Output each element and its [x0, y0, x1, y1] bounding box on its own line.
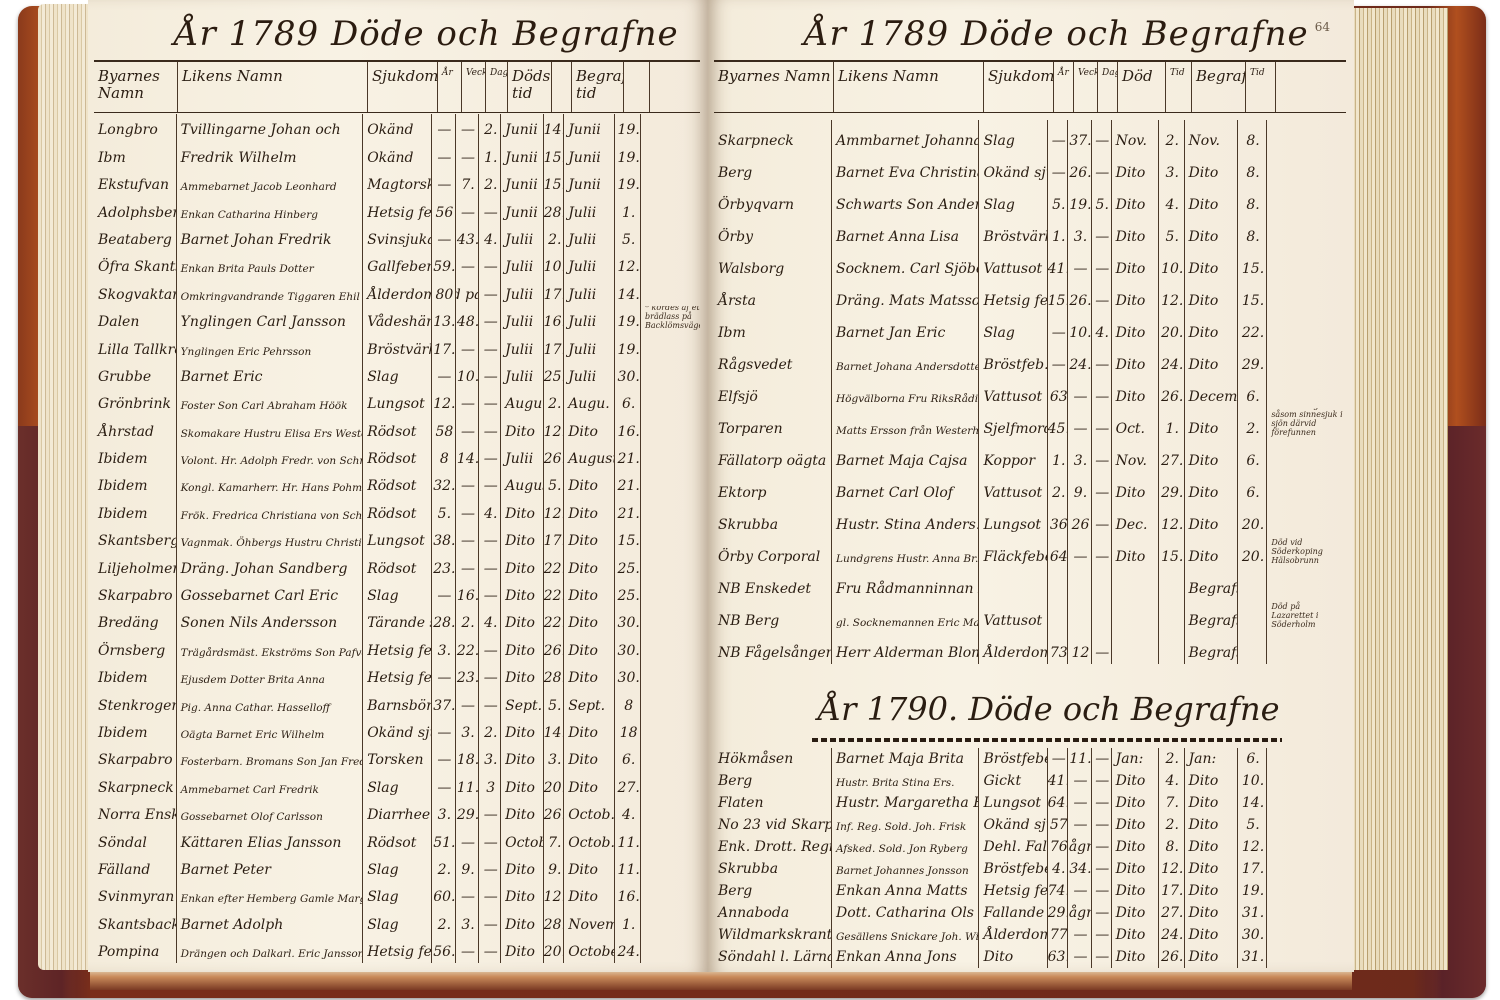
weeks-cell: — [456, 525, 480, 552]
register-row: SkarpabroFosterbarn. Bromans Son Jan Fre… [94, 744, 700, 771]
days-cell: — [479, 333, 501, 360]
days-cell: — [1092, 216, 1112, 248]
death-day-cell: 20. [544, 771, 564, 798]
weeks-cell: — [456, 470, 480, 497]
death-day-cell: 12. [544, 881, 564, 908]
weeks-cell: 2. [456, 607, 480, 634]
register-row: SvinmyranEnkan efter Hemberg Gamle Marga… [94, 881, 700, 908]
name-cell: Drängen och Dalkarl. Eric Jansson [177, 936, 364, 963]
note-cell [1267, 120, 1346, 152]
illness-cell: Rödsot [363, 497, 432, 524]
village-cell: Pompina [94, 936, 177, 963]
burial-day-cell: 2. [1238, 408, 1268, 440]
illness-cell: Rödsot [363, 552, 432, 579]
death-day-cell: 2. [1159, 120, 1185, 152]
column-header: Byarnes Namn [94, 62, 178, 112]
death-month-cell: Dito [501, 580, 544, 607]
death-day-cell: 28. [544, 196, 564, 223]
age-cell: 80 [432, 278, 456, 305]
weeks-cell: 18. [456, 744, 480, 771]
name-cell: Barnet Johannes Jonsson [832, 858, 979, 880]
death-day-cell: 26. [544, 799, 564, 826]
section-1790-rows: HökmåsenBarnet Maja BritaBröstfeber—11.—… [714, 748, 1346, 968]
register-row: NB EnskedetFru Rådmanninnan DalinBegrafs… [714, 568, 1346, 600]
illness-cell: Bröstfeber [979, 858, 1048, 880]
days-cell: — [1092, 880, 1112, 902]
death-month-cell: Dito [501, 744, 544, 771]
weeks-cell: 26. [1068, 152, 1092, 184]
days-cell: — [479, 361, 501, 388]
death-month-cell: Junii [501, 114, 544, 141]
note-cell [1267, 184, 1346, 216]
village-cell: Ibidem [94, 662, 177, 689]
death-month-cell: Dito [501, 908, 544, 935]
name-cell: Fosterbarn. Bromans Son Jan Fredrik [177, 744, 364, 771]
note-cell [1267, 836, 1346, 858]
illness-cell: Okänd sjuka [979, 814, 1048, 836]
days-cell: — [479, 470, 501, 497]
note-cell [641, 854, 700, 881]
days-cell: — [479, 908, 501, 935]
burial-day-cell: 12. [615, 251, 641, 278]
weeks-cell: — [456, 689, 480, 716]
burial-day-cell: 1. [615, 196, 641, 223]
village-cell: Torparen [714, 408, 832, 440]
days-cell: — [479, 580, 501, 607]
death-month-cell: Jan: [1112, 748, 1159, 770]
burial-month-cell: Dito [1185, 472, 1238, 504]
weeks-cell: 11. [456, 771, 480, 798]
register-row: IbidemEjusdem Dotter Brita AnnaHetsig fe… [94, 662, 700, 689]
burial-day-cell: 24. [615, 936, 641, 963]
register-row: IbmFredrik WilhelmOkänd——1.Junii15.Junii… [94, 141, 700, 168]
days-cell: — [1092, 120, 1112, 152]
burial-month-cell: Julii [564, 224, 615, 251]
days-cell: — [1092, 836, 1112, 858]
name-cell: Matts Ersson från Westerhaninge [832, 408, 979, 440]
name-cell: Barnet Adolph [177, 908, 364, 935]
note-cell [1267, 568, 1346, 600]
note-cell [1267, 946, 1346, 968]
burial-day-cell: 20. [1238, 504, 1268, 536]
days-cell: 1. [479, 141, 501, 168]
burial-month-cell: Dito [1185, 836, 1238, 858]
days-cell: — [1092, 536, 1112, 568]
name-cell: Enkan Anna Matts [832, 880, 979, 902]
illness-cell: Fläckfeber [979, 536, 1048, 568]
burial-day-cell: 11. [615, 854, 641, 881]
days-cell: 5. [1092, 184, 1112, 216]
name-cell: Dott. Catharina Ols [832, 902, 979, 924]
illness-cell: Magtorsk [363, 169, 432, 196]
age-cell: 74. [1048, 880, 1068, 902]
burial-day-cell: 8. [1238, 152, 1268, 184]
burial-month-cell: Dito [1185, 924, 1238, 946]
page-number: 64 [1315, 20, 1330, 34]
name-cell: Sonen Nils Andersson [177, 607, 364, 634]
register-row: EkstufvanAmmebarnet Jacob LeonhardMagtor… [94, 169, 700, 196]
burial-day-cell: 19. [615, 169, 641, 196]
age-cell: — [432, 580, 456, 607]
weeks-cell: — [1068, 376, 1092, 408]
death-day-cell: 15. [544, 169, 564, 196]
age-cell: 8 [432, 443, 456, 470]
death-month-cell: Dito [1112, 216, 1159, 248]
death-month-cell: Nov. [1112, 440, 1159, 472]
burial-month-cell: Dito [564, 497, 615, 524]
column-header [624, 62, 650, 112]
register-row: NB FågelsångenHerr Alderman BlomÅlderdom… [714, 632, 1346, 664]
death-day-cell: 5. [1159, 216, 1185, 248]
death-day-cell [1159, 632, 1185, 664]
illness-cell: Ålderdom [979, 632, 1048, 664]
burial-month-cell: Junii [564, 169, 615, 196]
days-cell: — [1092, 280, 1112, 312]
name-cell: Ammebarnet Carl Fredrik [177, 771, 364, 798]
burial-month-cell: Dito [1185, 440, 1238, 472]
burial-day-cell: 20. [1238, 536, 1268, 568]
illness-cell: Okänd sjukdom [363, 717, 432, 744]
age-cell: — [1048, 312, 1068, 344]
age-cell: 29. [1048, 902, 1068, 924]
age-cell: 37. [432, 689, 456, 716]
register-row: SkantsbergVagnmak. Öhbergs Hustru Christ… [94, 525, 700, 552]
death-day-cell: 22. [544, 580, 564, 607]
burial-day-cell: 17. [1238, 858, 1268, 880]
age-cell: 28. [432, 607, 456, 634]
note-cell [1267, 858, 1346, 880]
illness-cell: Gallfeber [363, 251, 432, 278]
death-day-cell: 26. [544, 443, 564, 470]
death-day-cell: 29. [1159, 472, 1185, 504]
burial-day-cell: 15. [615, 525, 641, 552]
death-day-cell: 3. [544, 744, 564, 771]
death-month-cell: Dito [1112, 814, 1159, 836]
note-cell [1267, 814, 1346, 836]
name-cell: Barnet Jan Eric [832, 312, 979, 344]
village-cell: Ibm [94, 141, 177, 168]
name-cell: Gossebarnet Olof Carlsson [177, 799, 364, 826]
illness-cell: Svinsjuka [363, 224, 432, 251]
burial-day-cell: 31. [1238, 902, 1268, 924]
illness-cell: Rödsot [363, 443, 432, 470]
death-month-cell: Dito [1112, 248, 1159, 280]
burial-day-cell: 29. [1238, 344, 1268, 376]
weeks-cell: 10. [1068, 312, 1092, 344]
note-cell [641, 689, 700, 716]
age-cell: 13. [432, 306, 456, 333]
village-cell: Adolphsberg [94, 196, 177, 223]
days-cell: — [1092, 632, 1112, 664]
death-month-cell: Nov. [1112, 120, 1159, 152]
village-cell: Berg [714, 880, 832, 902]
name-cell: Pig. Anna Cathar. Hasselloff [177, 689, 364, 716]
age-cell: 5. [1048, 184, 1068, 216]
name-cell: Ammebarnet Jacob Leonhard [177, 169, 364, 196]
burial-month-cell: Begrafs i Söderköping [1185, 568, 1238, 600]
register-row: IbidemOägta Barnet Eric WilhelmOkänd sju… [94, 717, 700, 744]
death-month-cell: Dito [1112, 344, 1159, 376]
illness-cell: Slag [363, 361, 432, 388]
village-cell: Ibidem [94, 470, 177, 497]
name-cell: Skomakare Hustru Elisa Ers Westerman frå… [177, 415, 364, 442]
days-cell: — [479, 854, 501, 881]
burial-day-cell: 5. [615, 224, 641, 251]
age-cell: — [432, 141, 456, 168]
days-cell: — [1092, 504, 1112, 536]
register-row: BergBarnet Eva ChristinaOkänd sjuka—26.—… [714, 152, 1346, 184]
note-cell [1267, 376, 1346, 408]
age-cell: — [432, 744, 456, 771]
burial-month-cell: Dito [564, 771, 615, 798]
illness-cell: Lungsot [363, 525, 432, 552]
burial-day-cell: 21. [615, 470, 641, 497]
death-day-cell: 12. [1159, 504, 1185, 536]
death-day-cell: 26. [1159, 946, 1185, 968]
days-cell: — [1092, 924, 1112, 946]
burial-day-cell: 25. [615, 580, 641, 607]
village-cell: Berg [714, 152, 832, 184]
register-row: FlatenHustr. Margaretha Ers.Lungsot64.——… [714, 792, 1346, 814]
illness-cell: Ålderdom [979, 924, 1048, 946]
register-row: BredängSonen Nils AnderssonTärande sjuka… [94, 607, 700, 634]
village-cell: Ibidem [94, 443, 177, 470]
note-cell [641, 251, 700, 278]
death-day-cell: 17. [544, 278, 564, 305]
weeks-cell: — [456, 497, 480, 524]
death-month-cell: Dito [1112, 858, 1159, 880]
village-cell: Skarpneck [94, 771, 177, 798]
column-header: År [438, 62, 462, 112]
illness-cell: Slag [363, 771, 432, 798]
days-cell: — [479, 196, 501, 223]
burial-day-cell: 8. [1238, 120, 1268, 152]
note-cell [641, 717, 700, 744]
death-day-cell: 25. [544, 361, 564, 388]
note-cell [641, 278, 700, 305]
death-day-cell: 20. [544, 936, 564, 963]
column-header: Tid [1166, 62, 1192, 112]
column-header: Död [1118, 62, 1166, 112]
name-cell: Enkan Catharina Hinberg [177, 196, 364, 223]
village-cell: Liljeholmen [94, 552, 177, 579]
burial-day-cell: 6. [615, 744, 641, 771]
village-cell: Svinmyran [94, 881, 177, 908]
age-cell: 38. [432, 525, 456, 552]
death-month-cell: Dito [501, 717, 544, 744]
village-cell: Örbyqvarn [714, 184, 832, 216]
village-cell: Norra Enskede [94, 799, 177, 826]
days-cell: — [479, 552, 501, 579]
burial-day-cell: 10. [1238, 770, 1268, 792]
burial-day-cell: 8 [615, 689, 641, 716]
register-row: AdolphsbergEnkan Catharina HinbergHetsig… [94, 196, 700, 223]
note-cell [1267, 280, 1346, 312]
weeks-cell: 7. [456, 169, 480, 196]
death-day-cell: 27. [1159, 440, 1185, 472]
name-cell: Ynglingen Carl Jansson [177, 306, 364, 333]
illness-cell: Lungsot [363, 388, 432, 415]
death-day-cell: 26. [544, 634, 564, 661]
death-day-cell: 7. [1159, 792, 1185, 814]
note-cell [641, 169, 700, 196]
death-day-cell: 24. [1159, 344, 1185, 376]
village-cell: No 23 vid Skarpboro [714, 814, 832, 836]
village-cell: Rågsvedet [714, 344, 832, 376]
column-header: Begrafnings tid [572, 62, 624, 112]
section-1790-underline [812, 738, 1282, 742]
burial-day-cell: 19. [615, 114, 641, 141]
days-cell: — [479, 689, 501, 716]
death-month-cell: Julii [501, 443, 544, 470]
village-cell: Bredäng [94, 607, 177, 634]
register-row: EktorpBarnet Carl OlofVattusot2.9.—Dito2… [714, 472, 1346, 504]
burial-day-cell: 5. [1238, 814, 1268, 836]
name-cell: Schwarts Son Anders [832, 184, 979, 216]
illness-cell: Ålderdom [363, 278, 432, 305]
weeks-cell: 43. [456, 224, 480, 251]
column-header: Sjukdom [368, 62, 438, 112]
age-cell: 12. [432, 388, 456, 415]
weeks-cell: — [1068, 946, 1092, 968]
days-cell: — [479, 826, 501, 853]
illness-cell: Okänd [363, 141, 432, 168]
death-day-cell: 17. [544, 333, 564, 360]
illness-cell: Hetsig feber [979, 880, 1048, 902]
death-month-cell: Julii [501, 251, 544, 278]
burial-month-cell: Dito [1185, 184, 1238, 216]
days-cell: — [1092, 152, 1112, 184]
illness-cell: Slag [363, 854, 432, 881]
death-month-cell [1112, 632, 1159, 664]
right-column-headers: Byarnes NamnLikens NamnSjukdomÅrVeckorDa… [714, 62, 1346, 112]
illness-cell: Vattusot [979, 248, 1048, 280]
name-cell: Enkan Brita Pauls Dotter [177, 251, 364, 278]
note-cell [641, 881, 700, 908]
burial-month-cell: Dito [1185, 880, 1238, 902]
death-month-cell: Dito [1112, 152, 1159, 184]
village-cell: Fälland [94, 854, 177, 881]
days-cell: — [1092, 472, 1112, 504]
column-header: Dagar [1098, 62, 1118, 112]
burial-day-cell [1238, 568, 1268, 600]
age-cell: 51. [432, 826, 456, 853]
death-month-cell: Dito [1112, 184, 1159, 216]
register-row: LongbroTvillingarne Johan ochOkänd——2.Ju… [94, 114, 700, 141]
burial-month-cell: Dito [564, 415, 615, 442]
note-cell [641, 415, 700, 442]
burial-day-cell: 27. [615, 771, 641, 798]
death-day-cell: 17. [1159, 880, 1185, 902]
note-cell [1267, 632, 1346, 664]
death-day-cell: 27. [1159, 902, 1185, 924]
village-cell: Ibm [714, 312, 832, 344]
weeks-cell: 16. [456, 580, 480, 607]
death-month-cell: Dito [1112, 946, 1159, 968]
note-cell [641, 936, 700, 963]
days-cell: — [479, 936, 501, 963]
village-cell: Ibidem [94, 497, 177, 524]
burial-day-cell: 30. [615, 634, 641, 661]
burial-month-cell: Octob. [564, 799, 615, 826]
death-month-cell: Dito [1112, 312, 1159, 344]
illness-cell: Slag [979, 312, 1048, 344]
days-cell: 2. [479, 169, 501, 196]
days-cell: — [479, 881, 501, 908]
note-cell [641, 744, 700, 771]
illness-cell: Koppor [979, 440, 1048, 472]
burial-day-cell: 12. [1238, 836, 1268, 858]
note-cell [1267, 880, 1346, 902]
burial-day-cell: 11. [615, 826, 641, 853]
death-day-cell: 14. [544, 717, 564, 744]
death-month-cell: Junii [501, 141, 544, 168]
village-cell: Skrubba [714, 504, 832, 536]
burial-day-cell: 1. [615, 908, 641, 935]
age-cell: — [1048, 152, 1068, 184]
register-row: IbmBarnet Jan EricSlag—10.4.Dito20.Dito2… [714, 312, 1346, 344]
death-day-cell: 2. [1159, 748, 1185, 770]
death-day-cell: 2. [544, 388, 564, 415]
village-cell: Ektorp [714, 472, 832, 504]
note-cell [641, 826, 700, 853]
burial-day-cell [1238, 632, 1268, 664]
village-cell: Flaten [714, 792, 832, 814]
age-cell: 15. [1048, 280, 1068, 312]
name-cell: Ynglingen Eric Pehrsson [177, 333, 364, 360]
death-day-cell: 28. [544, 662, 564, 689]
name-cell: Omkringvandrande Tiggaren Ehil Nilsson f… [177, 278, 364, 305]
days-cell: — [1092, 902, 1112, 924]
register-row: BergHustr. Brita Stina Ers.Gickt41.——Dit… [714, 770, 1346, 792]
name-cell: Hustr. Margaretha Ers. [832, 792, 979, 814]
illness-cell: Okänd sjuka [979, 152, 1048, 184]
register-row: IbidemKongl. Kamarherr. Hr. Hans Pohmsen… [94, 470, 700, 497]
days-cell: — [1092, 248, 1112, 280]
register-row: ÅrstaDräng. Mats MatssonHetsig feb.15.26… [714, 280, 1346, 312]
weeks-cell: — [1068, 248, 1092, 280]
name-cell: Dräng. Johan Sandberg [177, 552, 364, 579]
age-cell: 1. [1048, 216, 1068, 248]
burial-month-cell: Julii [564, 333, 615, 360]
name-cell: Trägårdsmäst. Ekströms Son Pafvel [177, 634, 364, 661]
burial-day-cell: 8. [1238, 216, 1268, 248]
days-cell: — [479, 443, 501, 470]
register-row: ÖrbyBarnet Anna LisaBröstvärk1.3.—Dito5.… [714, 216, 1346, 248]
village-cell: Beataberg [94, 224, 177, 251]
section-1790-title: År 1790. Döde och Begrafne [818, 690, 1280, 728]
age-cell: — [432, 114, 456, 141]
column-header: Begrafnings [1192, 62, 1246, 112]
days-cell: — [1092, 440, 1112, 472]
register-row: ElfsjöHögvälborna Fru RiksRådinnan Lager… [714, 376, 1346, 408]
days-cell [1092, 568, 1112, 600]
weeks-cell: 34. [1068, 858, 1092, 880]
register-row: TorparenMatts Ersson från WesterhaningeS… [714, 408, 1346, 440]
illness-cell: Vattusot [979, 472, 1048, 504]
name-cell: Tvillingarne Johan och [177, 114, 364, 141]
register-row: GrönbrinkFoster Son Carl Abraham HöökLun… [94, 388, 700, 415]
register-row: SkogvaktarboroOmkringvandrande Tiggaren … [94, 278, 700, 305]
burial-month-cell: Dito [1185, 536, 1238, 568]
register-row: Norra EnskedeGossebarnet Olof CarlssonDi… [94, 799, 700, 826]
death-month-cell: Dito [1112, 536, 1159, 568]
note-cell [641, 607, 700, 634]
death-month-cell: Junii [501, 196, 544, 223]
note-cell [1267, 504, 1346, 536]
death-day-cell: 9. [544, 854, 564, 881]
weeks-cell: — [456, 333, 480, 360]
